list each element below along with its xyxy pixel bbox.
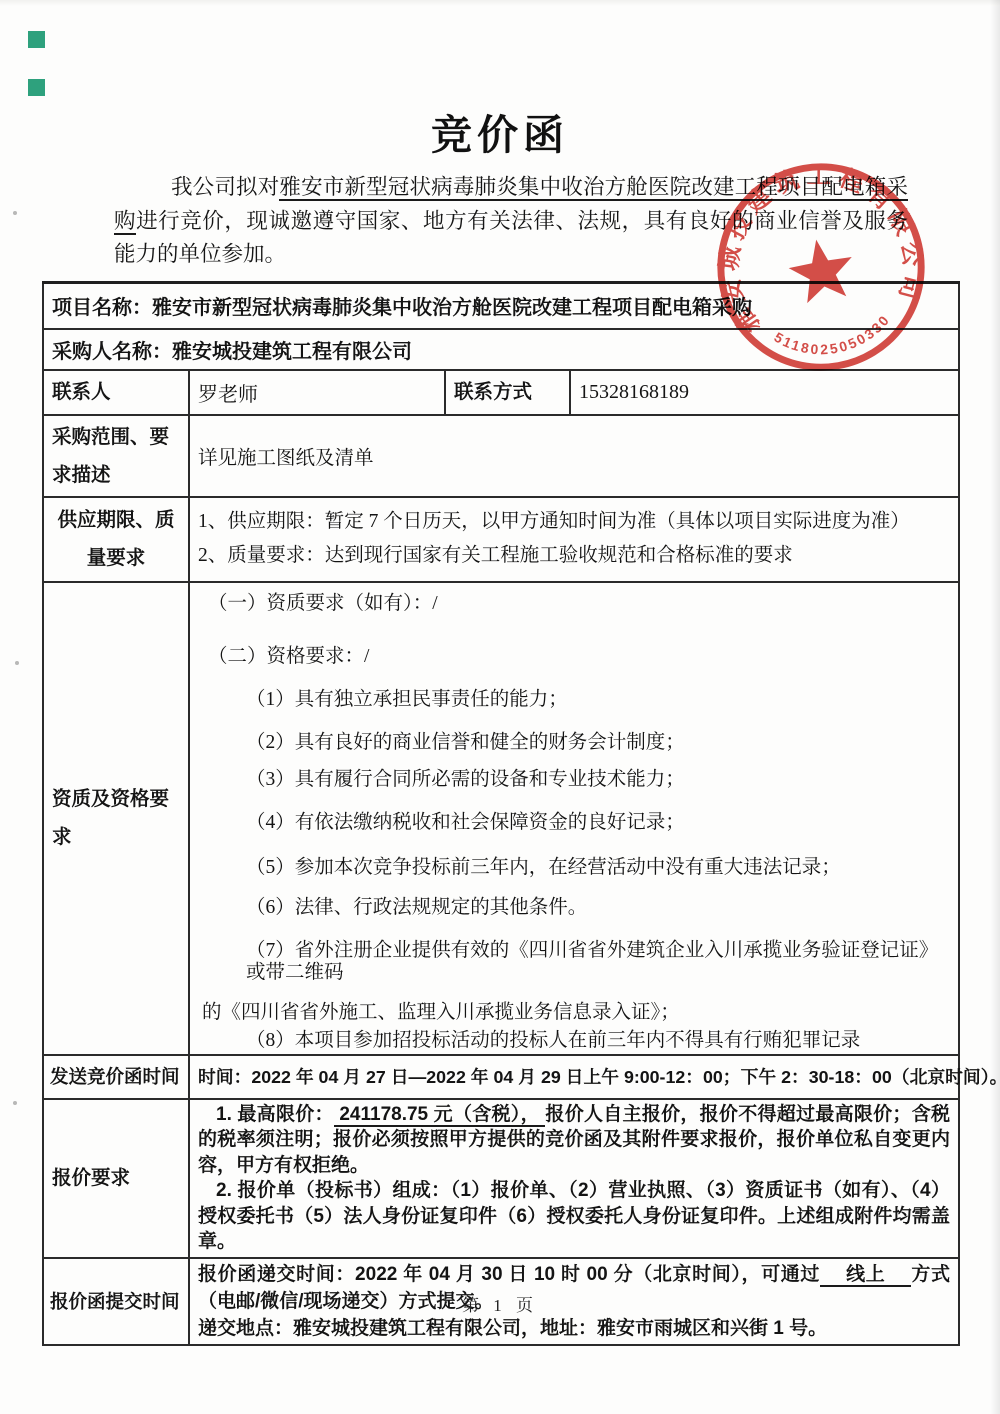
send-time-value: 时间：2022 年 04 月 27 日—2022 年 04 月 29 日上午 9…	[189, 1055, 959, 1099]
qualification-item: （一）资质要求（如有）：/	[198, 593, 950, 615]
scan-mark-green-1	[28, 31, 45, 48]
scope-value: 详见施工图纸及清单	[189, 415, 959, 497]
qualification-label: 资质及资格要求	[43, 582, 189, 1055]
company-stamp: 雅安城投建筑工程有限公司 5118025050330	[702, 148, 940, 386]
scan-speckle	[15, 661, 19, 665]
scan-edge-shadow	[990, 0, 1000, 1414]
qualification-item: （1）具有独立承担民事责任的能力；	[198, 689, 950, 711]
svg-text:5118025050330: 5118025050330	[769, 309, 897, 367]
table-row-send-time: 发送竞价函时间 时间：2022 年 04 月 27 日—2022 年 04 月 …	[43, 1055, 959, 1099]
qualification-item: （7）省外注册企业提供有效的《四川省省外建筑企业入川承揽业务验证登记证》或带二维…	[198, 940, 950, 984]
table-row-quote-requirements: 报价要求 1. 最高限价： 241178.75 元（含税）， 报价人自主报价，报…	[43, 1099, 959, 1259]
star-icon	[785, 234, 859, 305]
purchaser-name-label: 采购人名称：	[52, 341, 172, 363]
scan-mark-green-2	[28, 79, 45, 96]
supply-terms-label: 供应期限、质量要求	[43, 497, 189, 582]
contact-phone-label: 联系方式	[445, 370, 570, 415]
max-price-prefix: 1. 最高限价：	[216, 1104, 334, 1125]
qualification-item: （2）具有良好的商业信誉和健全的财务会计制度；	[198, 732, 950, 754]
qualification-content: （一）资质要求（如有）：/ （二）资格要求：/ （1）具有独立承担民事责任的能力…	[189, 582, 959, 1055]
qualification-item: （8）本项目参加招投标活动的投标人在前三年内不得具有行贿犯罪记录	[198, 1030, 950, 1052]
scanned-document-page: 竞价函 我公司拟对雅安市新型冠状病毒肺炎集中收治方舱医院改建工程项目配电箱采购进…	[0, 0, 1000, 1414]
quote-req-item2: 2. 报价单（投标书）组成：（1）报价单、（2）营业执照、（3）资质证书（如有）…	[198, 1178, 950, 1255]
contact-person-label: 联系人	[43, 370, 189, 415]
qualification-item: （5）参加本次竞争投标前三年内，在经营活动中没有重大违法记录；	[198, 857, 950, 879]
send-time-label: 发送竞价函时间	[43, 1055, 189, 1099]
project-name-label: 项目名称：	[52, 297, 152, 319]
scan-speckle	[13, 211, 17, 215]
quote-requirements-label: 报价要求	[43, 1099, 189, 1259]
supply-terms-value: 1、供应期限：暂定 7 个日历天，以甲方通知时间为准（具体以项目实际进度为准） …	[189, 497, 959, 582]
qualification-item: （二）资格要求：/	[198, 646, 950, 668]
qualification-item: （6）法律、行政法规规定的其他条件。	[198, 897, 950, 919]
quote-requirements-content: 1. 最高限价： 241178.75 元（含税）， 报价人自主报价，报价不得超过…	[189, 1099, 959, 1259]
supply-term-line: 1、供应期限：暂定 7 个日历天，以甲方通知时间为准（具体以项目实际进度为准）	[198, 505, 950, 539]
bid-info-table: 项目名称：雅安市新型冠状病毒肺炎集中收治方舱医院改建工程项目配电箱采购 采购人名…	[42, 281, 960, 1346]
quote-req-item1: 1. 最高限价： 241178.75 元（含税）， 报价人自主报价，报价不得超过…	[198, 1102, 950, 1179]
scan-edge-shadow	[0, 0, 1000, 6]
scope-label: 采购范围、要求描述	[43, 415, 189, 497]
supply-term-line: 2、质量要求：达到现行国家有关工程施工验收规范和合格标准的要求	[198, 539, 950, 573]
table-row-supply-terms: 供应期限、质量要求 1、供应期限：暂定 7 个日历天，以甲方通知时间为准（具体以…	[43, 497, 959, 582]
submit-time-line2: 递交地点：雅安城投建筑工程有限公司，地址：雅安市雨城区和兴街 1 号。	[198, 1315, 950, 1342]
max-price-underlined: 241178.75 元（含税），	[334, 1104, 546, 1127]
contact-person-value: 罗老师	[189, 370, 445, 415]
page-number: 第 1 页	[0, 1291, 1000, 1316]
qualification-item: 的《四川省省外施工、监理入川承揽业务信息录入证》；	[198, 1002, 950, 1024]
submit-method-underlined: 线上	[820, 1264, 911, 1287]
table-row-qualification: 资质及资格要求 （一）资质要求（如有）：/ （二）资格要求：/ （1）具有独立承…	[43, 582, 959, 1055]
scan-speckle	[13, 1101, 17, 1105]
stamp-number-text: 5118025050330	[769, 309, 897, 367]
table-row-scope: 采购范围、要求描述 详见施工图纸及清单	[43, 415, 959, 497]
submit-time-prefix: 报价函递交时间：2022 年 04 月 30 日 10 时 00 分（北京时间）…	[198, 1264, 820, 1285]
purchaser-name-value: 雅安城投建筑工程有限公司	[172, 341, 412, 363]
qualification-item: （3）具有履行合同所必需的设备和专业技术能力；	[198, 769, 950, 791]
qualification-item: （4）有依法缴纳税收和社会保障资金的良好记录；	[198, 812, 950, 834]
intro-prefix: 我公司拟对	[171, 175, 279, 199]
project-name-value: 雅安市新型冠状病毒肺炎集中收治方舱医院改建工程项目配电箱采购	[152, 297, 752, 319]
